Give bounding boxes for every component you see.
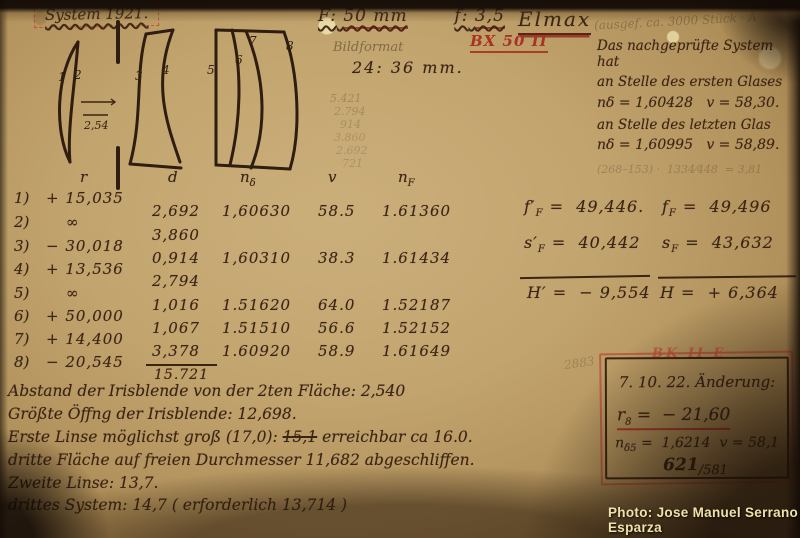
change-abbe-value: v = 58,1 (719, 435, 779, 451)
surface-label-6: 6 (235, 53, 243, 67)
stop-distance-dimension-line (81, 99, 115, 105)
photo-credit: Photo: Jose Manuel Serrano Esparza (608, 505, 800, 535)
document-photo: System 1921. F: 50 mm f: 3,5 Elmax (ausg… (0, 0, 800, 538)
verification-line-1: Das nachgeprüfte System hat (597, 38, 799, 70)
focal-length: F: 50 mm (318, 6, 408, 29)
f-value: fF = 49,496 (662, 197, 772, 219)
note-second-lens: Zweite Linse: 13,7. (8, 474, 158, 492)
surface-row-7: 7)+ 14,400 (14, 330, 124, 348)
surface-row-2: 2)∞ (14, 213, 80, 231)
lens3-cement-surface-6 (230, 30, 239, 165)
surface-label-2: 2 (73, 68, 82, 82)
focal-spec: F: 50 mm f: 3,5 (318, 6, 505, 26)
lens-name: Elmax (518, 7, 591, 35)
change-glass-code: 621/581 (663, 455, 728, 475)
stop-distance-value: 2,54 (83, 119, 109, 132)
surface-row-6: 6)+ 50,000 (14, 307, 124, 325)
h-value: H = + 6,364 (660, 283, 779, 302)
production-pencil-note: (ausgef. ca. 3000 Stück · A (594, 8, 800, 33)
surface-row-3: 3)− 30,018 (14, 237, 124, 255)
change-date-line: 7. 10. 22. Änderung: (619, 373, 776, 392)
lens2-top-edge (146, 30, 173, 34)
verification-pencil-calc: (268–153) · 1334⁄448 = 3,81 (597, 163, 799, 176)
surface-row-5: 5)∞ (14, 284, 80, 302)
surface-row-4: 4)+ 13,536 (14, 260, 124, 278)
results-divider-left (520, 275, 650, 279)
note-first-lens: Erste Linse möglichst groß (17,0): 15,1 … (8, 428, 473, 446)
lens1-rear-surface (69, 42, 78, 162)
change-index-line: nδ5 = 1,6214 v = 58,1 (615, 435, 779, 454)
catalog-code: BX 50 II (470, 32, 548, 53)
verification-line-4: an Stelle des letzten Glas (597, 117, 799, 133)
verification-note: Das nachgeprüfte System hat an Stelle de… (597, 38, 799, 176)
lens3-top-edge (216, 30, 284, 32)
surface-label-3: 3 (135, 69, 143, 83)
surface-row-8: 8)− 20,545 (14, 353, 124, 371)
surface-label-8: 8 (286, 39, 294, 53)
lens2-front-surface (130, 34, 146, 164)
change-radius-line: r8 = − 21,60 (617, 405, 730, 431)
change-box-inner-border: 7. 10. 22. Änderung: r8 = − 21,60 nδ5 = … (605, 357, 789, 480)
total-thickness: 15.721 (146, 364, 217, 383)
pencil-sum-column: 5.421 2.794 914 3.860 2.692 721 (330, 92, 368, 170)
note-iris-distance: Abstand der Irisblende von der 2ten Fläc… (8, 382, 405, 400)
s-value: sF = 43,632 (662, 233, 774, 255)
verification-line-3: nδ = 1,60428 v = 58,30. (597, 95, 799, 111)
column-header-d: d (168, 168, 178, 186)
film-format-label: Bildformat (333, 40, 403, 55)
film-format-value: 24: 36 mm. (352, 58, 464, 77)
surface-label-1: 1 (58, 70, 66, 84)
verification-line-2: an Stelle des ersten Glases (597, 74, 799, 90)
surface-label-5: 5 (207, 63, 215, 77)
column-header-nd: nδ (240, 168, 256, 189)
struck-value: 15,1 (283, 428, 318, 446)
change-box-code: BK II E (652, 346, 726, 361)
pencil-number: 2883 (563, 354, 595, 372)
surface-label-4: 4 (161, 63, 170, 77)
aperture-ratio: f: 3,5 (454, 6, 504, 29)
column-header-r: r (80, 168, 87, 186)
s-prime-value: s′F = 40,442 (524, 233, 640, 255)
surface-label-7: 7 (249, 34, 257, 48)
column-header-nf: nF (398, 168, 415, 189)
f-prime-value: f′F = 49,446. (524, 197, 644, 219)
note-third-system: drittes System: 14,7 ( erforderlich 13,7… (8, 496, 347, 514)
lens2-rear-surface (163, 30, 180, 162)
note-iris-opening: Größte Öffng der Irisblende: 12,698. (8, 405, 297, 423)
surface-row-1: 1)+ 15,035 (14, 189, 124, 207)
verification-line-5: nδ = 1,60995 v = 58,89. (597, 137, 799, 153)
results-divider-right (658, 275, 796, 278)
lens3-cement-surface-7 (246, 31, 262, 168)
note-third-surface: dritte Fläche auf freien Durchmesser 11,… (8, 451, 475, 469)
h-prime-value: H′ = − 9,554 (527, 283, 651, 302)
lens-cross-section-diagram: 1 2 3 4 5 6 7 8 2,54 (18, 12, 318, 190)
column-header-v: v (328, 168, 336, 186)
change-box: 7. 10. 22. Änderung: r8 = − 21,60 nδ5 = … (599, 351, 795, 486)
